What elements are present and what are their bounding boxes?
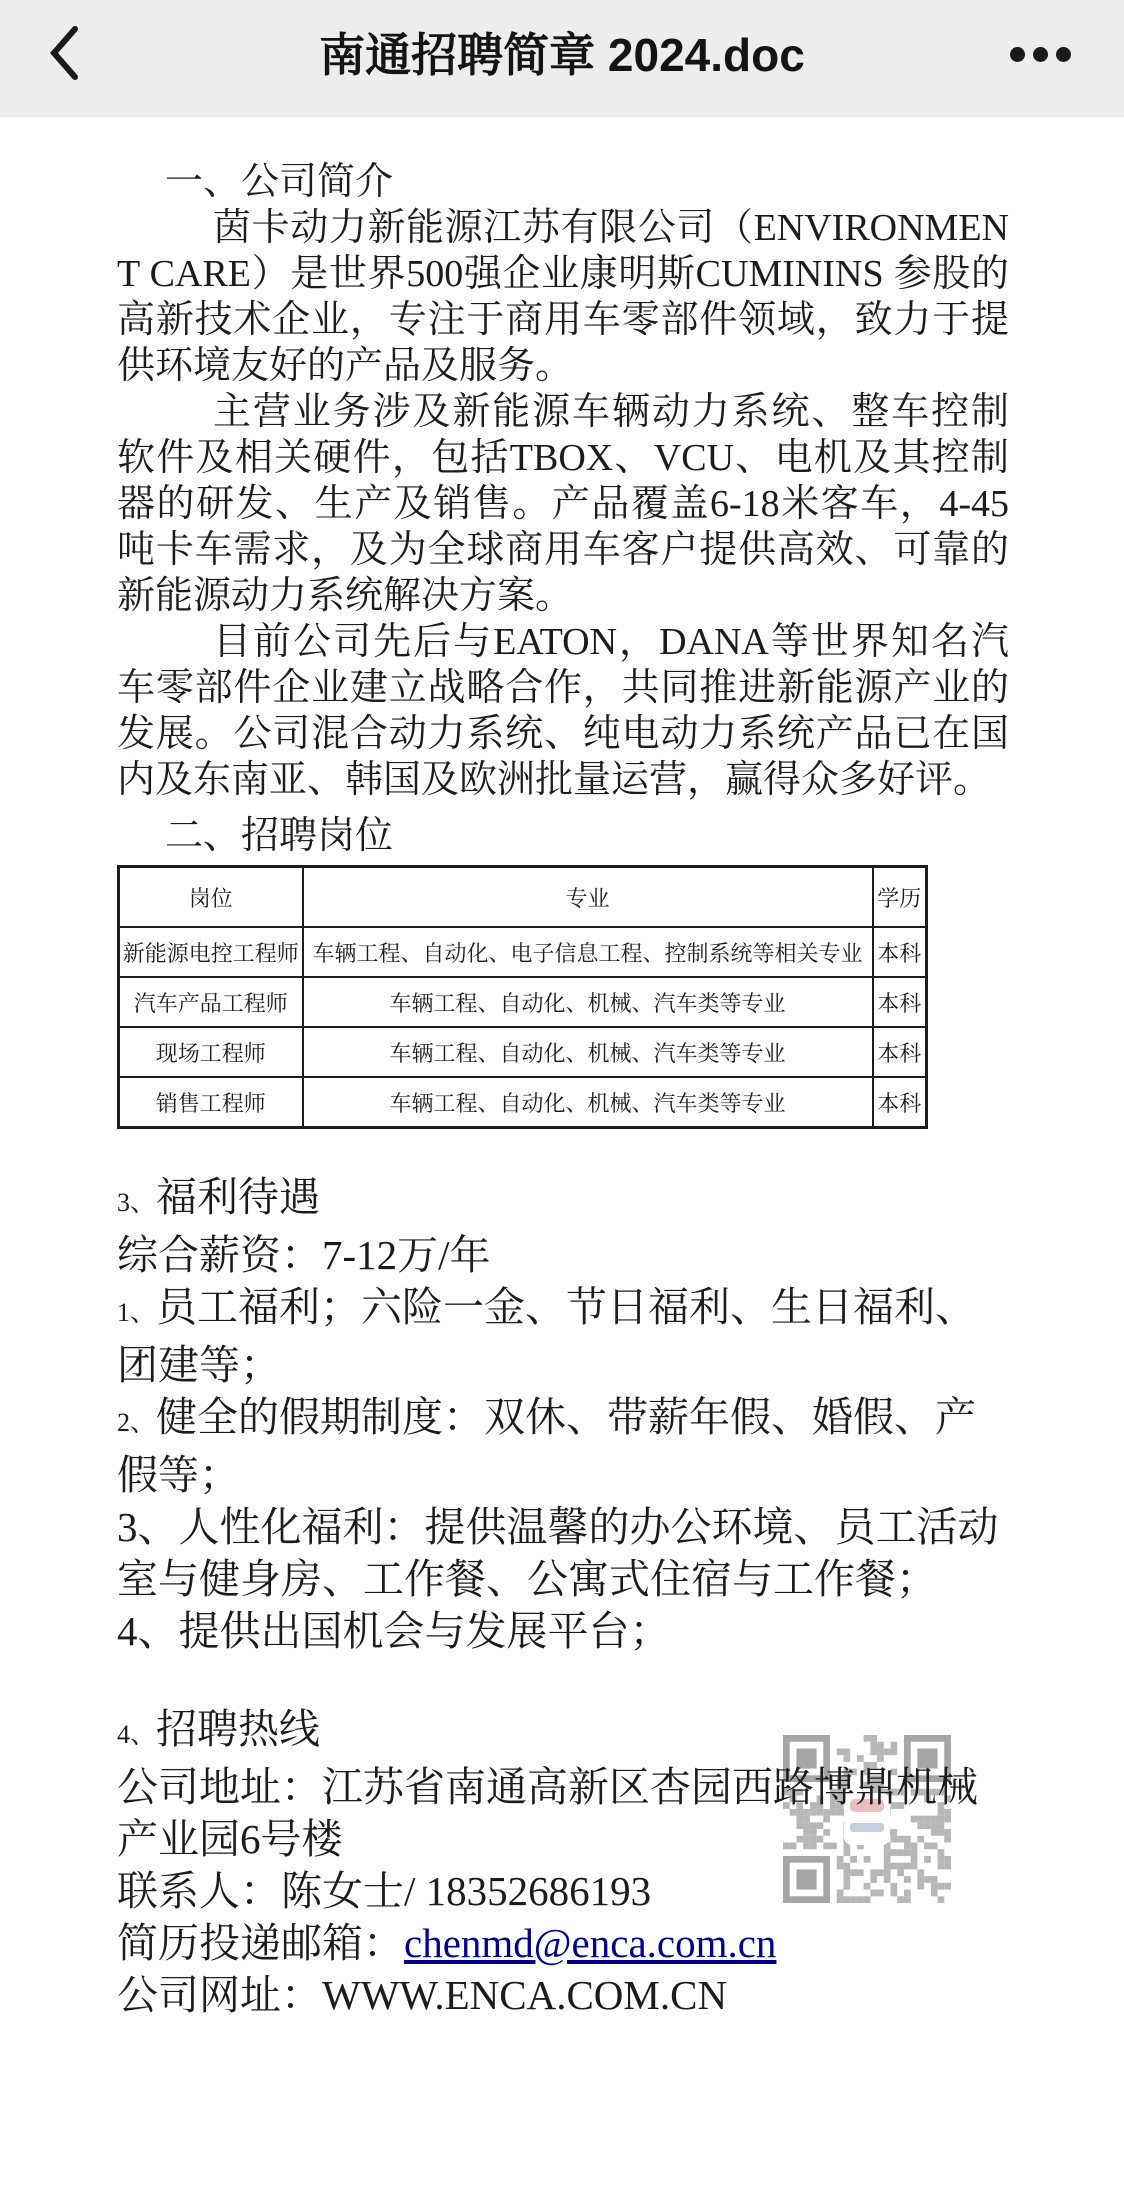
title-wrap: 南通招聘简章 2024.doc: [0, 0, 1124, 104]
table-cell: 车辆工程、自动化、机械、汽车类等专业: [303, 1027, 873, 1077]
benefit-number: 2、: [117, 1408, 156, 1437]
hotline-heading-number: 4、: [117, 1720, 156, 1749]
contact-line: 联系人：陈女士/ 18352686193: [117, 1865, 1009, 1917]
ellipsis-icon: [1010, 47, 1071, 62]
benefit-text: 人性化福利：提供温馨的办公环境、员工活动室与健身房、工作餐、公寓式住宿与工作餐；: [117, 1504, 999, 1602]
benefit-text: 员工福利；六险一金、节日福利、生日福利、团建等；: [117, 1284, 976, 1388]
table-cell: 本科: [873, 1027, 927, 1077]
table-cell: 本科: [873, 1077, 927, 1128]
column-header-major: 专业: [303, 867, 873, 928]
company-paragraph: 主营业务涉及新能源车辆动力系统、整车控制软件及相关硬件，包括TBOX、VCU、电…: [117, 389, 1009, 619]
table-cell: 本科: [873, 977, 927, 1027]
benefit-text: 综合薪资：7-12万/年: [117, 1232, 491, 1278]
company-address-line: 公司地址：江苏省南通高新区杏园西路博鼎机械产业园6号楼: [117, 1761, 1009, 1865]
company-paragraph: 目前公司先后与EATON，DANA等世界知名汽车零部件企业建立战略合作，共同推进…: [117, 619, 1009, 803]
benefit-line: 1、员工福利；六险一金、节日福利、生日福利、团建等；: [117, 1281, 1009, 1391]
benefit-number: 1、: [117, 1298, 156, 1327]
table-cell: 新能源电控工程师: [119, 927, 303, 977]
website-line: 公司网址：WWW.ENCA.COM.CN: [117, 1969, 1009, 2021]
column-header-position: 岗位: [119, 867, 303, 928]
benefit-text: 健全的假期制度：双休、带薪年假、婚假、产假等；: [117, 1394, 976, 1498]
table-cell: 车辆工程、自动化、机械、汽车类等专业: [303, 1077, 873, 1128]
section-heading-company: 一、公司简介: [165, 159, 1009, 205]
section-heading-benefits: 3、福利待遇: [117, 1171, 1009, 1229]
benefits-heading-number: 3、: [117, 1188, 156, 1217]
table-row: 现场工程师车辆工程、自动化、机械、汽车类等专业本科: [119, 1027, 927, 1077]
benefit-number: 3、: [117, 1504, 179, 1550]
top-bar: 南通招聘简章 2024.doc: [0, 0, 1124, 117]
benefit-line: 综合薪资：7-12万/年: [117, 1229, 1009, 1281]
table-cell: 车辆工程、自动化、机械、汽车类等专业: [303, 977, 873, 1027]
table-header-row: 岗位 专业 学历: [119, 867, 927, 928]
table-cell: 车辆工程、自动化、电子信息工程、控制系统等相关专业: [303, 927, 873, 977]
benefit-line: 2、健全的假期制度：双休、带薪年假、婚假、产假等；: [117, 1391, 1009, 1501]
document-content: 一、公司简介 茵卡动力新能源江苏有限公司（ENVIRONMENT CARE）是世…: [0, 117, 1124, 2021]
table-row: 汽车产品工程师车辆工程、自动化、机械、汽车类等专业本科: [119, 977, 927, 1027]
section-heading-hotline: 4、招聘热线: [117, 1703, 1009, 1761]
benefit-line: 4、提供出国机会与发展平台；: [117, 1605, 1009, 1657]
document-title: 南通招聘简章 2024.doc: [319, 19, 805, 85]
email-label: 简历投递邮箱：: [117, 1920, 404, 1966]
benefits-list: 综合薪资：7-12万/年1、员工福利；六险一金、节日福利、生日福利、团建等；2、…: [117, 1229, 1009, 1657]
section-heading-positions: 二、招聘岗位: [165, 813, 1009, 859]
chevron-left-icon: [47, 24, 81, 85]
benefit-number: 4、: [117, 1608, 179, 1654]
back-button[interactable]: [34, 14, 94, 94]
table-row: 销售工程师车辆工程、自动化、机械、汽车类等专业本科: [119, 1077, 927, 1128]
email-link[interactable]: chenmd@enca.com.cn: [404, 1920, 776, 1966]
company-paragraph: 茵卡动力新能源江苏有限公司（ENVIRONMENT CARE）是世界500强企业…: [117, 205, 1009, 389]
benefit-line: 3、人性化福利：提供温馨的办公环境、员工活动室与健身房、工作餐、公寓式住宿与工作…: [117, 1501, 1009, 1605]
positions-table: 岗位 专业 学历 新能源电控工程师车辆工程、自动化、电子信息工程、控制系统等相关…: [117, 865, 928, 1129]
email-line: 简历投递邮箱：chenmd@enca.com.cn: [117, 1917, 1009, 1969]
table-cell: 现场工程师: [119, 1027, 303, 1077]
table-cell: 本科: [873, 927, 927, 977]
table-cell: 销售工程师: [119, 1077, 303, 1128]
table-row: 新能源电控工程师车辆工程、自动化、电子信息工程、控制系统等相关专业本科: [119, 927, 927, 977]
document-viewer-page: 南通招聘简章 2024.doc 一、公司简介 茵卡动力新能源江苏有限公司（ENV…: [0, 0, 1124, 2212]
table-cell: 汽车产品工程师: [119, 977, 303, 1027]
column-header-degree: 学历: [873, 867, 927, 928]
benefit-text: 提供出国机会与发展平台；: [179, 1608, 671, 1654]
more-button[interactable]: [1000, 36, 1080, 72]
